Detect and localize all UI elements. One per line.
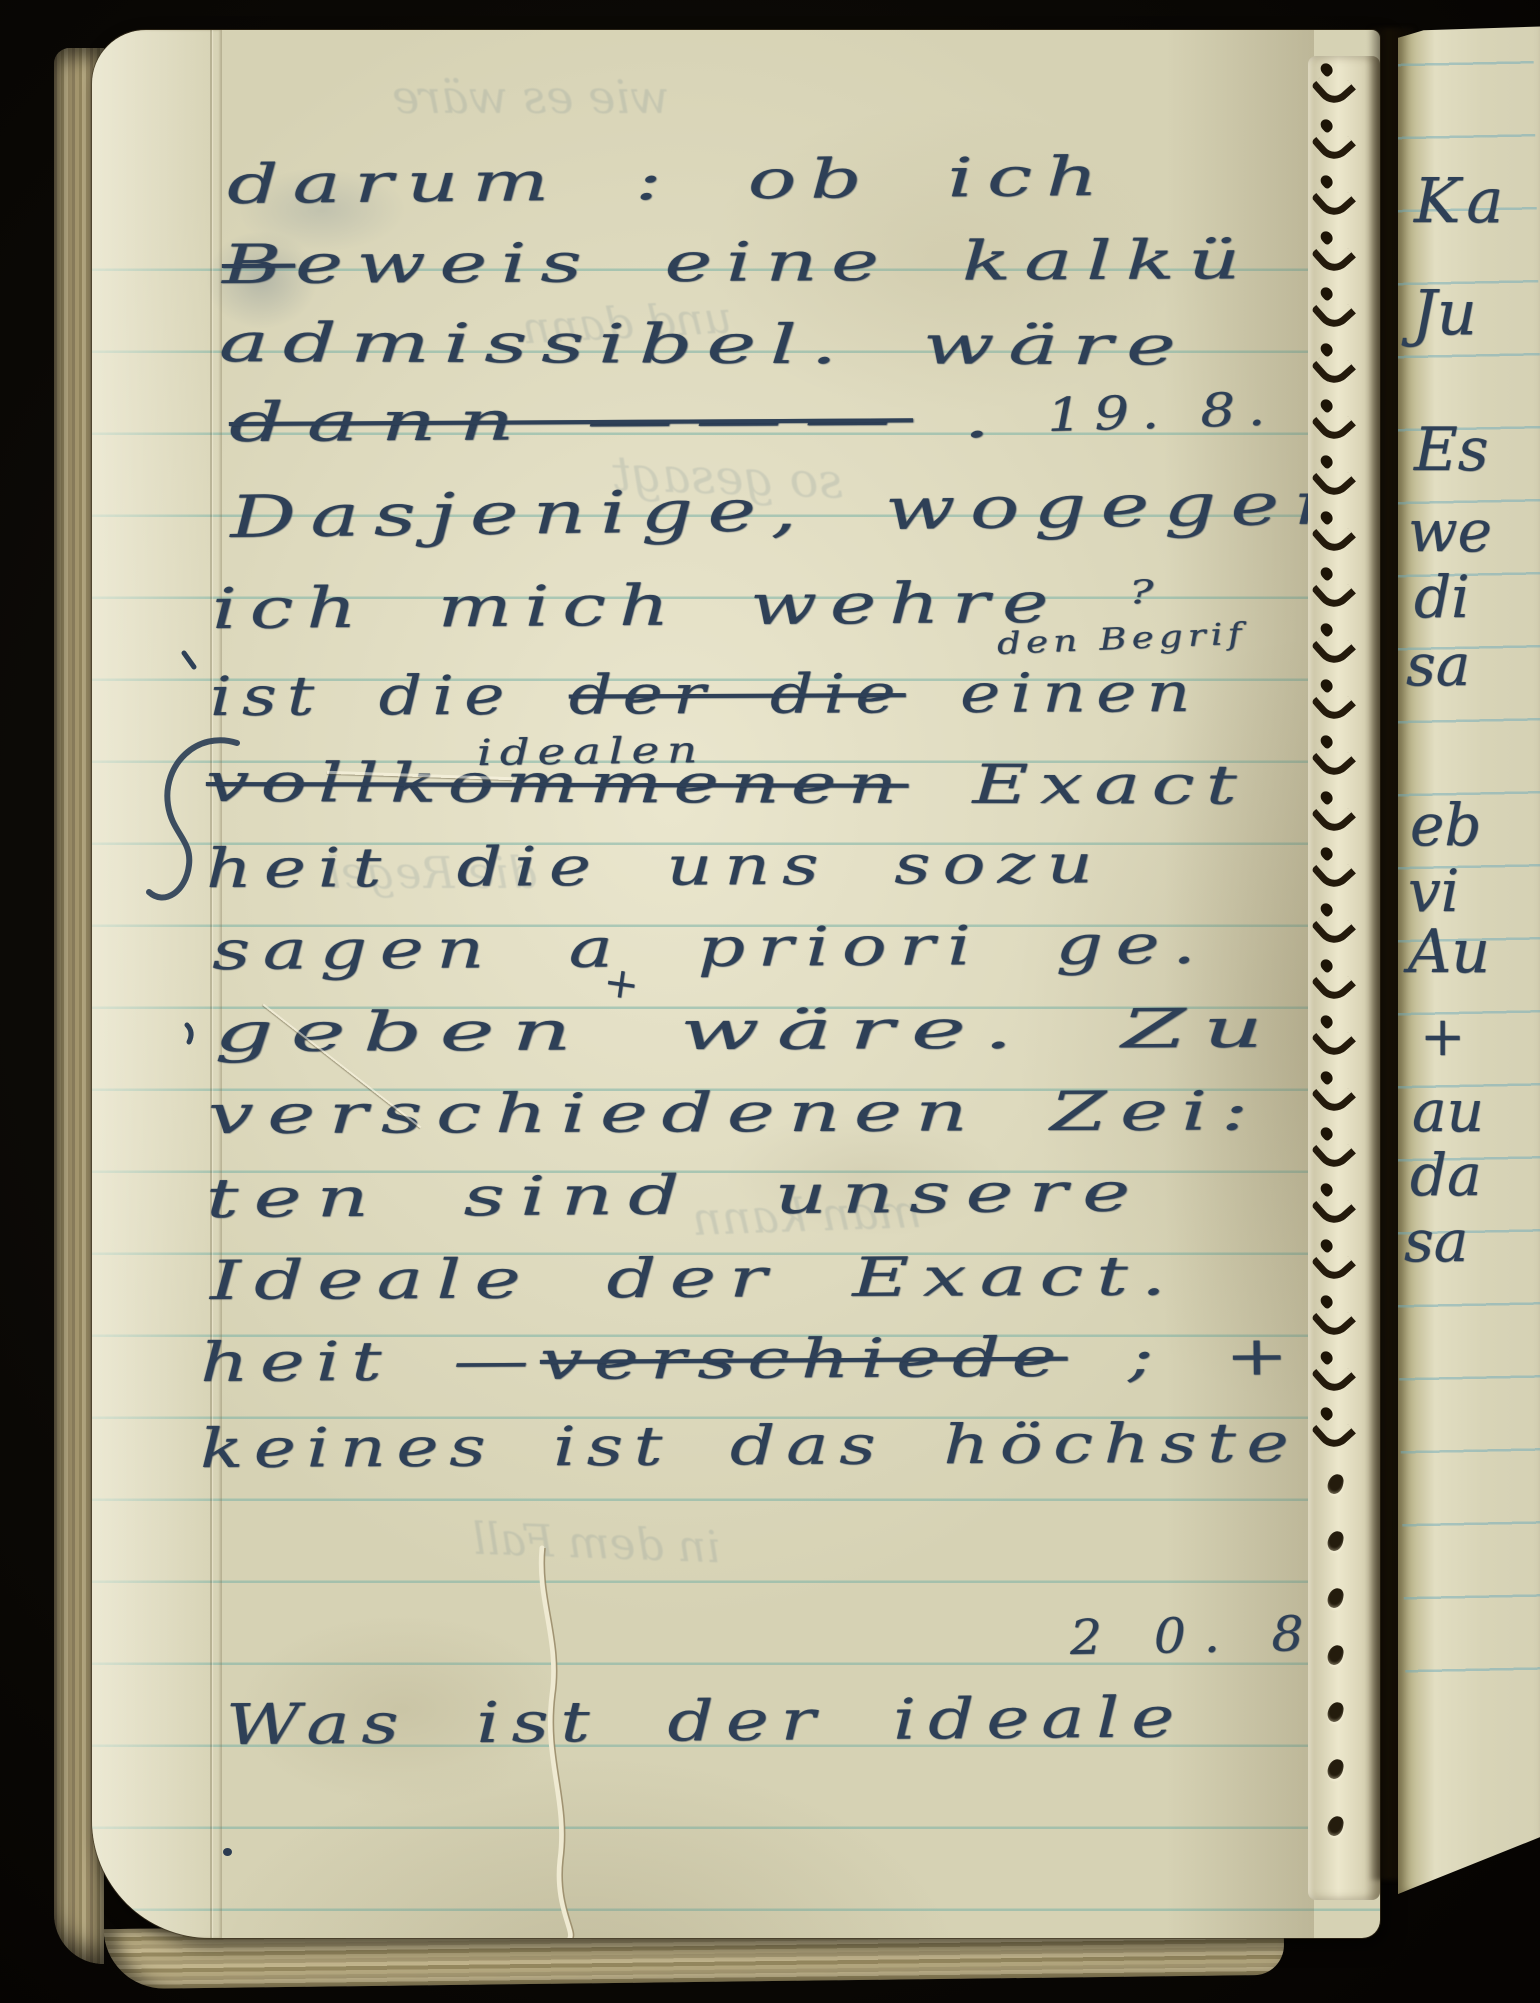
struck-text: verschiede — [540, 1326, 1068, 1392]
text-segment: 19. 8. — [1046, 381, 1278, 442]
struck-text: dann ——— — [229, 387, 914, 454]
spiral-wire-hook — [1311, 1409, 1356, 1454]
spiral-wire-hook — [1311, 1017, 1356, 1062]
spiral-wire-hook — [1311, 905, 1356, 950]
spiral-wire-hook — [1311, 1185, 1356, 1230]
handwritten-line-r12: da — [1410, 1146, 1482, 1204]
spiral-wire-hook — [1311, 961, 1356, 1006]
handwritten-line-l8: vollkommenen Exact — [206, 756, 1248, 813]
handwritten-line-r4: we — [1408, 502, 1492, 560]
handwritten-line-l11caret: + — [601, 960, 642, 1006]
text-segment: ? — [1129, 573, 1167, 611]
handwritten-line-l5: Dasjenige, wogegen — [229, 474, 1361, 546]
text-segment: + — [601, 956, 643, 1009]
handwritten-line-r10: + — [1420, 1010, 1465, 1064]
showthrough-text: wie es wäre — [392, 70, 669, 124]
spiral-wire-hook — [1311, 177, 1356, 222]
binding-hole — [1326, 1587, 1345, 1610]
binding-hole — [1326, 1758, 1345, 1781]
handwritten-line-l16: keines ist das höchste — [200, 1416, 1300, 1476]
spiral-wire-hook — [1311, 121, 1356, 166]
handwritten-line-l4: dann ——— . — [229, 392, 1013, 450]
handwritten-line-r8: vi — [1408, 862, 1459, 920]
handwritten-line-l2: Beweis eine kalkü — [222, 233, 1254, 292]
struck-text: der die — [569, 662, 906, 726]
ink-dot — [223, 1848, 232, 1856]
spiral-wire-hook — [1311, 401, 1356, 446]
binding-hole — [1326, 1701, 1345, 1724]
handwritten-line-l13: ten sind unsere — [206, 1165, 1146, 1226]
handwritten-line-r2: Ju — [1412, 282, 1477, 344]
text-segment: ten sind unsere — [205, 1160, 1145, 1230]
spiral-wire-hook — [1311, 233, 1356, 278]
handwritten-line-l15: heit —verschiede ; + — [200, 1329, 1300, 1390]
spiral-wire-hook — [1311, 1297, 1356, 1342]
handwritten-line-l3: admissibel. wäre — [219, 316, 1190, 373]
spiral-wire-hook — [1311, 289, 1356, 334]
binding-hole — [1326, 1530, 1345, 1553]
handwritten-line-l1: darum : ob ich — [226, 150, 1111, 212]
handwritten-line-r1: Ka — [1414, 170, 1509, 232]
text-segment: ; + — [1067, 1324, 1300, 1388]
spiral-wire-hook — [1311, 1241, 1356, 1286]
handwritten-line-l12: verschiedenen Zei: — [208, 1084, 1262, 1142]
handwritten-line-l14: Ideale der Exact. — [210, 1249, 1179, 1308]
spiral-wire-hook — [1311, 1353, 1356, 1398]
handwritten-line-l11: geben wäre. Zu — [214, 1002, 1281, 1060]
text-segment: Ideale der Exact. — [210, 1244, 1179, 1312]
handwritten-line-r6: sa — [1406, 636, 1470, 694]
text-segment: keines ist das höchste — [200, 1411, 1300, 1480]
spiral-wire-hook — [1311, 849, 1356, 894]
spiral-wire-hook — [1311, 345, 1356, 390]
spiral-wire-hook — [1311, 625, 1356, 670]
handwritten-line-date-19-8: 19. 8. — [1046, 385, 1278, 438]
text-segment: . — [913, 387, 1014, 451]
handwritten-line-r11: au — [1412, 1082, 1484, 1140]
spiral-wire-hook — [1311, 65, 1356, 110]
text-segment: sagen a priori ge. — [212, 913, 1209, 982]
text-segment: eweis eine kalkü — [295, 228, 1254, 295]
spiral-wire-hook — [1311, 1129, 1356, 1174]
spiral-wire-hook — [1311, 1073, 1356, 1118]
right-notebook-page: KaJuEswedisaebviAu+audasa — [1398, 0, 1540, 1894]
text-segment: ich mich wehre — [212, 570, 1130, 642]
handwritten-line-r13: sa — [1404, 1212, 1468, 1270]
handwritten-line-r3: Es — [1414, 420, 1489, 480]
handwritten-line-l9: heit die uns sozu — [206, 837, 1105, 896]
text-segment: darum : ob ich — [226, 145, 1112, 216]
handwritten-line-l7: ist die der die einen — [210, 666, 1201, 724]
spiral-wire-hook — [1311, 569, 1356, 614]
handwritten-line-r9: Au — [1408, 922, 1490, 982]
spiral-wire-hook — [1311, 793, 1356, 838]
handwritten-line-r7: eb — [1410, 796, 1481, 854]
spiral-wire-hook — [1311, 513, 1356, 558]
binding-hole — [1326, 1473, 1345, 1496]
text-segment: admissibel. wäre — [219, 311, 1190, 377]
text-segment: einen — [905, 661, 1200, 725]
text-segment: heit — — [200, 1329, 541, 1394]
left-notebook-page: wie es wäreund dannso gesagtdie Regelman… — [92, 30, 1380, 1938]
notebook-photo: wie es wäreund dannso gesagtdie Regelman… — [0, 0, 1540, 2003]
handwritten-line-l10: sagen a priori ge. — [212, 918, 1209, 978]
paper-tear — [492, 1510, 712, 1938]
text-segment: heit die uns sozu — [206, 832, 1105, 900]
text-segment: Dasjenige, wogegen — [229, 469, 1361, 551]
handwritten-line-r5: di — [1414, 568, 1470, 626]
text-segment: Exact — [908, 753, 1248, 817]
text-segment: geben wäre. Zu — [214, 997, 1281, 1064]
text-segment: verschiedenen Zei: — [208, 1079, 1262, 1146]
struck-text: B — [222, 233, 296, 296]
spiral-wire-hook — [1311, 737, 1356, 782]
binding-hole — [1326, 1644, 1345, 1667]
spiral-wire-hook — [1311, 457, 1356, 502]
margin-brace-mark — [92, 590, 312, 1150]
binding-hole — [1326, 1815, 1345, 1838]
spiral-wire-hook — [1311, 681, 1356, 726]
